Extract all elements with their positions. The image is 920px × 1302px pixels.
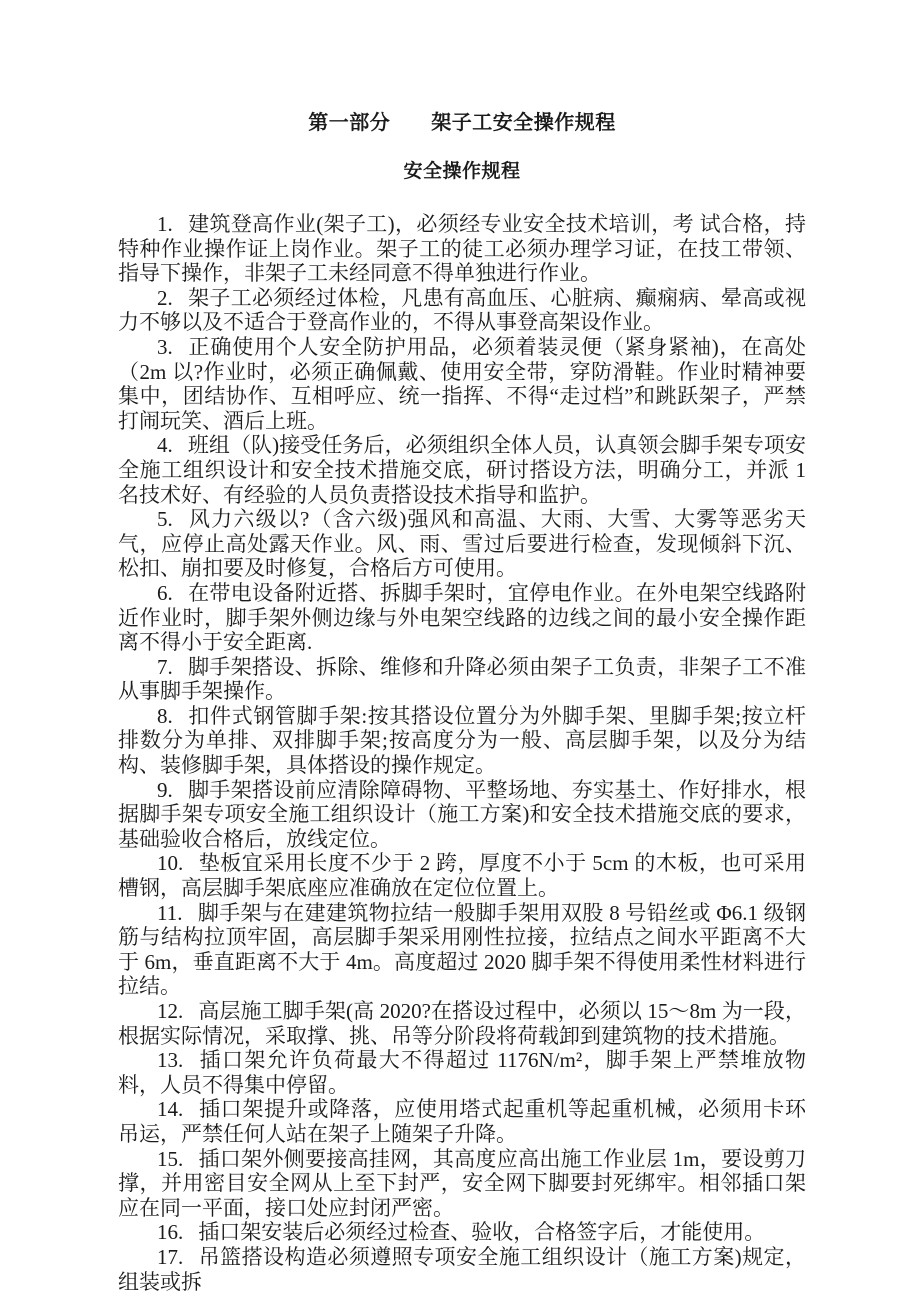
list-item: 12.高层施工脚手架(高 2020?在搭设过程中，必须以 15～8m 为一段，根… (118, 999, 806, 1048)
item-number: 14. (157, 1097, 198, 1121)
list-item: 4.班组（队)接受任务后，必须组织全体人员，认真领会脚手架专项安全施工组织设计和… (118, 433, 806, 507)
item-number: 9. (157, 778, 188, 802)
item-text: 插口架安装后必须经过检查、验收，合格签字后，才能使用。 (198, 1220, 765, 1244)
list-item: 10.垫板宜采用长度不少于 2 跨，厚度不小于 5cm 的木板，也可采用槽钢，高… (118, 851, 806, 900)
list-item: 17.吊篮搭设构造必须遵照专项安全施工组织设计（施工方案)规定，组装或拆 (118, 1245, 806, 1294)
list-item: 11.脚手架与在建建筑物拉结一般脚手架用双股 8 号铅丝或 Φ6.1 级钢筋与结… (118, 901, 806, 999)
list-item: 9.脚手架搭设前应清除障碍物、平整场地、夯实基土、作好排水，根据脚手架专项安全施… (118, 778, 806, 852)
item-text: 插口架提升或降落，应使用塔式起重机等起重机械，必须用卡环吊运，严禁任何人站在架子… (118, 1097, 806, 1146)
item-text: 扣件式钢管脚手架:按其搭设位置分为外脚手架、里脚手架;按立杆排数分为单排、双排脚… (118, 704, 806, 777)
item-number: 16. (157, 1220, 198, 1244)
item-text: 正确使用个人安全防护用品，必须着装灵便（紧身紧袖)，在高处（2m 以?作业时，必… (118, 335, 806, 433)
list-item: 8.扣件式钢管脚手架:按其搭设位置分为外脚手架、里脚手架;按立杆排数分为单排、双… (118, 704, 806, 778)
list-item: 16.插口架安装后必须经过检查、验收，合格签字后，才能使用。 (118, 1220, 806, 1245)
item-number: 10. (157, 851, 198, 875)
list-item: 3.正确使用个人安全防护用品，必须着装灵便（紧身紧袖)，在高处（2m 以?作业时… (118, 335, 806, 433)
list-item: 6.在带电设备附近搭、拆脚手架时，宜停电作业。在外电架空线路附近作业时，脚手架外… (118, 581, 806, 655)
item-number: 8. (157, 704, 188, 728)
item-number: 7. (157, 655, 188, 679)
document-body: 1.建筑登高作业(架子工)，必须经专业安全技术培训，考 试合格，持特种作业操作证… (118, 212, 806, 1294)
item-number: 3. (157, 335, 188, 359)
item-number: 6. (157, 581, 188, 605)
item-text: 插口架外侧要接高挂网，其高度应高出施工作业层 1m，要设剪刀撑，并用密目安全网从… (118, 1147, 806, 1220)
item-text: 在带电设备附近搭、拆脚手架时，宜停电作业。在外电架空线路附近作业时，脚手架外侧边… (118, 581, 806, 654)
item-text: 吊篮搭设构造必须遵照专项安全施工组织设计（施工方案)规定，组装或拆 (118, 1245, 806, 1294)
item-number: 11. (157, 901, 197, 925)
item-text: 插口架允许负荷最大不得超过 1176N/m²，脚手架上严禁堆放物料，人员不得集中… (118, 1048, 806, 1097)
item-number: 1. (157, 212, 188, 236)
document-canvas: { "colors": { "paper": "#ffffff", "ink":… (0, 0, 920, 1302)
item-number: 17. (157, 1245, 198, 1269)
item-text: 高层施工脚手架(高 2020?在搭设过程中，必须以 15～8m 为一段，根据实际… (118, 999, 806, 1048)
item-number: 5. (157, 507, 188, 531)
item-text: 脚手架搭设前应清除障碍物、平整场地、夯实基土、作好排水，根据脚手架专项安全施工组… (118, 778, 806, 851)
item-number: 15. (157, 1147, 198, 1171)
item-text: 风力六级以?（含六级)强风和高温、大雨、大雪、大雾等恶劣天气，应停止高处露天作业… (118, 507, 806, 580)
item-number: 2. (157, 286, 188, 310)
item-text: 架子工必须经过体检，凡患有高血压、心脏病、癫痫病、晕高或视力不够以及不适合于登高… (118, 286, 806, 335)
list-item: 15.插口架外侧要接高挂网，其高度应高出施工作业层 1m，要设剪刀撑，并用密目安… (118, 1147, 806, 1221)
page-title: 第一部分 架子工安全操作规程 (118, 110, 806, 136)
item-number: 12. (157, 999, 198, 1023)
list-item: 13.插口架允许负荷最大不得超过 1176N/m²，脚手架上严禁堆放物料，人员不… (118, 1048, 806, 1097)
list-item: 1.建筑登高作业(架子工)，必须经专业安全技术培训，考 试合格，持特种作业操作证… (118, 212, 806, 286)
page-subtitle: 安全操作规程 (118, 159, 806, 185)
item-number: 13. (157, 1048, 198, 1072)
list-item: 5.风力六级以?（含六级)强风和高温、大雨、大雪、大雾等恶劣天气，应停止高处露天… (118, 507, 806, 581)
item-text: 脚手架搭设、拆除、维修和升降必须由架子工负责，非架子工不准从事脚手架操作。 (118, 655, 806, 704)
document-page: 第一部分 架子工安全操作规程 安全操作规程 1.建筑登高作业(架子工)，必须经专… (118, 110, 806, 1294)
list-item: 14.插口架提升或降落，应使用塔式起重机等起重机械，必须用卡环吊运，严禁任何人站… (118, 1097, 806, 1146)
item-text: 垫板宜采用长度不少于 2 跨，厚度不小于 5cm 的木板，也可采用槽钢，高层脚手… (118, 851, 806, 900)
list-item: 2.架子工必须经过体检，凡患有高血压、心脏病、癫痫病、晕高或视力不够以及不适合于… (118, 286, 806, 335)
list-item: 7.脚手架搭设、拆除、维修和升降必须由架子工负责，非架子工不准从事脚手架操作。 (118, 655, 806, 704)
item-text: 班组（队)接受任务后，必须组织全体人员，认真领会脚手架专项安全施工组织设计和安全… (118, 433, 806, 506)
item-number: 4. (157, 433, 188, 457)
item-text: 脚手架与在建建筑物拉结一般脚手架用双股 8 号铅丝或 Φ6.1 级钢筋与结构拉顶… (118, 901, 806, 999)
item-text: 建筑登高作业(架子工)，必须经专业安全技术培训，考 试合格，持特种作业操作证上岗… (118, 212, 806, 285)
